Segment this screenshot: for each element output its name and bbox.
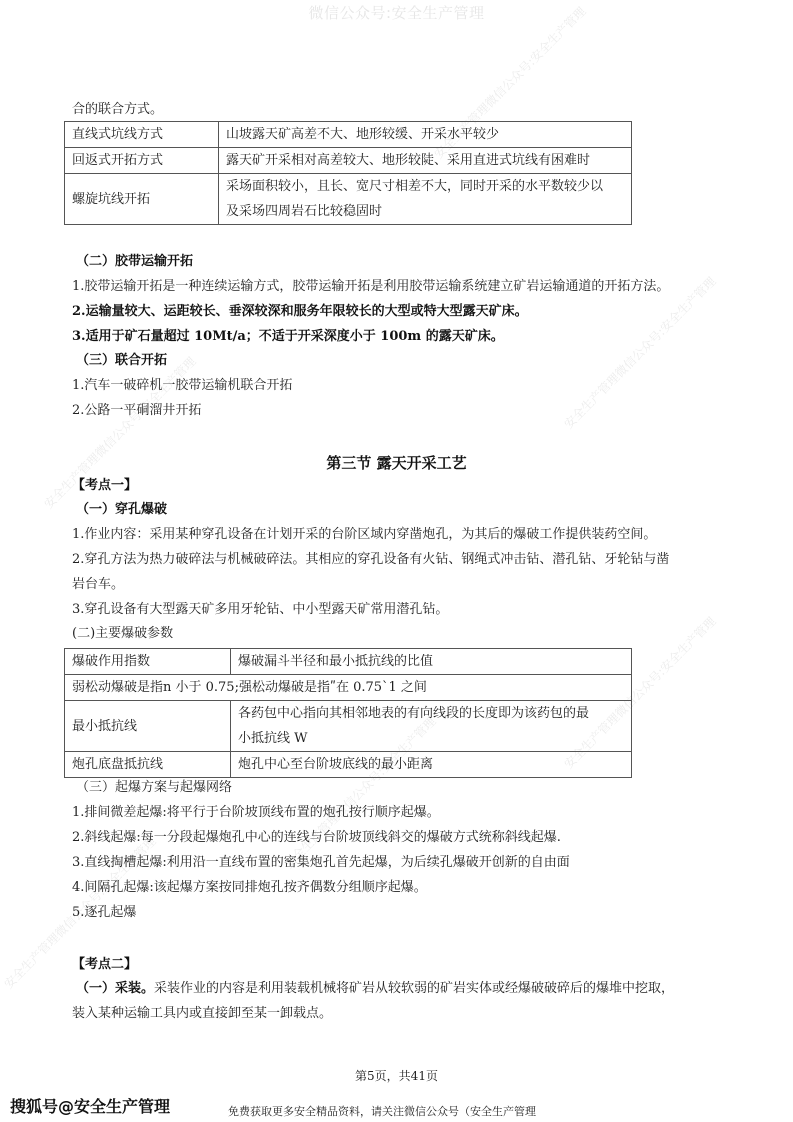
- blasting-params-table: 爆破作用指数 爆破漏斗半径和最小抵抗线的比值 弱松动爆破是指n 小于 0.75;…: [64, 648, 632, 778]
- table-cell-value: 采场面积较小，且长、宽尺寸相差不大，同时开采的水平数较少以 及采场四周岩石比较稳…: [219, 174, 632, 225]
- belt-heading: （二）胶带运输开拓: [76, 253, 193, 271]
- sohu-watermark: 搜狐号@安全生产管理: [10, 1094, 170, 1117]
- drilling-item-3: 3.穿孔设备有大型露天矿多用牙轮钻、中小型露天矿常用潜孔钻。: [72, 601, 448, 619]
- combined-item-1: 1.汽车一破碎机一胶带运输机联合开拓: [72, 377, 292, 395]
- table-row: 最小抵抗线 各药包中心指向其相邻地表的有向线段的长度即为该药包的最 小抵抗线 W: [65, 701, 632, 752]
- drilling-item-2-cont: 岩台车。: [72, 576, 124, 594]
- initiation-item-4: 4.间隔孔起爆:该起爆方案按同排炮孔按齐偶数分组顺序起爆。: [72, 879, 427, 897]
- top-watermark: 微信公众号:安全生产管理: [0, 2, 793, 23]
- diagonal-watermark: 安全生产管理微信公众号:安全生产管理: [560, 273, 719, 432]
- initiation-item-5: 5.逐孔起爆: [72, 904, 136, 922]
- table-cell-label: 爆破作用指数: [65, 649, 231, 675]
- exam-point-2: 【考点二】: [72, 956, 137, 974]
- table-cell-label: 回返式开拓方式: [65, 148, 219, 174]
- belt-item-2: 2.运输量较大、运距较长、垂深较深和服务年限较长的大型或特大型露天矿床。: [72, 303, 528, 321]
- table-cell-full: 弱松动爆破是指n 小于 0.75;强松动爆破是指ʺ在 0.75ˋ1 之间: [65, 675, 632, 701]
- intro-text: 合的联合方式。: [72, 101, 163, 119]
- loading-paragraph-cont: 装入某种运输工具内或直接卸至某一卸载点。: [72, 1005, 332, 1023]
- table-cell-label: 直线式坑线方式: [65, 122, 219, 148]
- table-row: 螺旋坑线开拓 采场面积较小，且长、宽尺寸相差不大，同时开采的水平数较少以 及采场…: [65, 174, 632, 225]
- params-heading: (二)主要爆破参数: [72, 625, 173, 643]
- table-cell-value: 露天矿开采相对高差较大、地形较陡、采用直进式坑线有困难时: [219, 148, 632, 174]
- table-cell-label: 炮孔底盘抵抗线: [65, 752, 231, 778]
- belt-item-1: 1.胶带运输开拓是一种连续运输方式，胶带运输开拓是利用胶带运输系统建立矿岩运输通…: [72, 278, 669, 296]
- initiation-item-1: 1.排间微差起爆:将平行于台阶坡顶线布置的炮孔按行顺序起爆。: [72, 804, 440, 822]
- combined-item-2: 2.公路一平硐溜井开拓: [72, 402, 201, 420]
- loading-text: 采装作业的内容是利用装载机械将矿岩从较软弱的矿岩实体或经爆破破碎后的爆堆中挖取，: [154, 981, 674, 996]
- drilling-item-2: 2.穿孔方法为热力破碎法与机械破碎法。其相应的穿孔设备有火钻、钢绳式冲击钻、潜孔…: [72, 551, 669, 569]
- table-row: 炮孔底盘抵抗线 炮孔中心至台阶坡底线的最小距离: [65, 752, 632, 778]
- footer-note: 免费获取更多安全精品资料，请关注微信公众号（安全生产管理: [228, 1103, 536, 1119]
- table-row: 回返式开拓方式 露天矿开采相对高差较大、地形较陡、采用直进式坑线有困难时: [65, 148, 632, 174]
- table-row: 直线式坑线方式 山坡露天矿高差不大、地形较缓、开采水平较少: [65, 122, 632, 148]
- table-cell-value: 炮孔中心至台阶坡底线的最小距离: [231, 752, 632, 778]
- table-row: 爆破作用指数 爆破漏斗半径和最小抵抗线的比值: [65, 649, 632, 675]
- cell-line: 各药包中心指向其相邻地表的有向线段的长度即为该药包的最: [238, 701, 624, 726]
- initiation-item-2: 2.斜线起爆:每一分段起爆炮孔中心的连线与台阶坡顶线斜交的爆破方式统称斜线起爆.: [72, 829, 561, 847]
- cell-line: 采场面积较小，且长、宽尺寸相差不大，同时开采的水平数较少以: [226, 174, 624, 199]
- loading-bold: （一）采装。: [76, 981, 154, 996]
- table-row: 弱松动爆破是指n 小于 0.75;强松动爆破是指ʺ在 0.75ˋ1 之间: [65, 675, 632, 701]
- table-cell-value: 山坡露天矿高差不大、地形较缓、开采水平较少: [219, 122, 632, 148]
- cell-line: 及采场四周岩石比较稳固时: [226, 199, 624, 224]
- development-methods-table: 直线式坑线方式 山坡露天矿高差不大、地形较缓、开采水平较少 回返式开拓方式 露天…: [64, 121, 632, 225]
- combined-heading: （三）联合开拓: [76, 352, 167, 370]
- table-cell-value: 爆破漏斗半径和最小抵抗线的比值: [231, 649, 632, 675]
- cell-line: 小抵抗线 W: [238, 726, 624, 751]
- page-number: 第5页，共41页: [0, 1067, 793, 1084]
- table-cell-label: 最小抵抗线: [65, 701, 231, 752]
- exam-point-1: 【考点一】: [72, 477, 137, 495]
- table-cell-label: 螺旋坑线开拓: [65, 174, 219, 225]
- initiation-heading: （三）起爆方案与起爆网络: [76, 779, 232, 797]
- belt-item-3: 3.适用于矿石量超过 10Mt/a；不适于开采深度小于 100m 的露天矿床。: [72, 328, 504, 346]
- section-title: 第三节 露天开采工艺: [0, 452, 793, 473]
- initiation-item-3: 3.直线掏槽起爆:利用沿一直线布置的密集炮孔首先起爆，为后续孔爆破开创新的自由面: [72, 854, 570, 872]
- loading-paragraph: （一）采装。采装作业的内容是利用装载机械将矿岩从较软弱的矿岩实体或经爆破破碎后的…: [76, 980, 674, 998]
- table-cell-value: 各药包中心指向其相邻地表的有向线段的长度即为该药包的最 小抵抗线 W: [231, 701, 632, 752]
- drilling-heading: （一）穿孔爆破: [76, 501, 167, 519]
- drilling-item-1: 1.作业内容：采用某种穿孔设备在计划开采的台阶区域内穿凿炮孔，为其后的爆破工作提…: [72, 526, 656, 544]
